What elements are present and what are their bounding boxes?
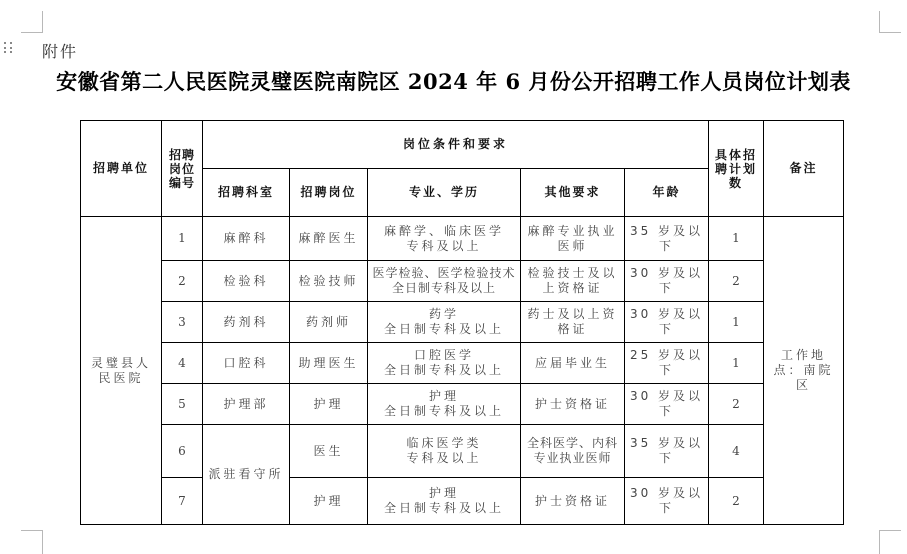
planned-count: 1: [709, 343, 764, 384]
post-code: 5: [162, 384, 203, 425]
age: 30 岁及以下: [625, 302, 709, 343]
header-planned-count: 具体招聘计划数: [709, 121, 764, 217]
position: 助理医生: [290, 343, 368, 384]
other-requirements: 麻醉专业执业医师: [521, 217, 625, 261]
major-education: 医学检验、医学检验技术全日制专科及以上: [368, 261, 521, 302]
header-major-education: 专业、学历: [368, 169, 521, 217]
page-corner-mark-top-left: [21, 11, 43, 33]
age: 35 岁及以下: [625, 425, 709, 478]
other-requirements: 应届毕业生: [521, 343, 625, 384]
planned-count: 4: [709, 425, 764, 478]
position: 护理: [290, 478, 368, 525]
planned-count: 2: [709, 261, 764, 302]
table-row: 7 护理 护理全日制专科及以上 护士资格证 30 岁及以下 2: [81, 478, 844, 525]
major-education: 药学全日制专科及以上: [368, 302, 521, 343]
post-code: 1: [162, 217, 203, 261]
other-requirements: 药士及以上资格证: [521, 302, 625, 343]
position: 检验技师: [290, 261, 368, 302]
age: 35 岁及以下: [625, 217, 709, 261]
table-row: 4 口腔科 助理医生 口腔医学全日制专科及以上 应届毕业生 25 岁及以下 1: [81, 343, 844, 384]
planned-count: 1: [709, 217, 764, 261]
remarks-cell: 工作地点：南院区: [764, 217, 844, 525]
page-corner-mark-bottom-left: [21, 530, 43, 554]
major-education: 护理全日制专科及以上: [368, 384, 521, 425]
post-code: 2: [162, 261, 203, 302]
post-code: 3: [162, 302, 203, 343]
department: 护理部: [203, 384, 290, 425]
department: 派驻看守所: [203, 425, 290, 525]
unit-cell: 灵璧县人民医院: [81, 217, 162, 525]
other-requirements: 护士资格证: [521, 478, 625, 525]
recruitment-plan-table: 招聘单位 招聘岗位编号 岗位条件和要求 具体招聘计划数 备注 招聘科室 招聘岗位…: [80, 120, 844, 525]
department: 口腔科: [203, 343, 290, 384]
header-department: 招聘科室: [203, 169, 290, 217]
document-title: 安徽省第二人民医院灵璧医院南院区 2024 年 6 月份公开招聘工作人员岗位计划…: [0, 66, 907, 96]
age: 30 岁及以下: [625, 261, 709, 302]
major-education: 麻醉学、临床医学专科及以上: [368, 217, 521, 261]
header-post-code: 招聘岗位编号: [162, 121, 203, 217]
age: 25 岁及以下: [625, 343, 709, 384]
age: 30 岁及以下: [625, 384, 709, 425]
header-unit: 招聘单位: [81, 121, 162, 217]
department: 麻醉科: [203, 217, 290, 261]
table-row: 6 派驻看守所 医生 临床医学类专科及以上 全科医学、内科专业执业医师 35 岁…: [81, 425, 844, 478]
position: 麻醉医生: [290, 217, 368, 261]
position: 护理: [290, 384, 368, 425]
attachment-label: 附件: [42, 39, 78, 62]
other-requirements: 检验技士及以上资格证: [521, 261, 625, 302]
paragraph-drag-handle-icon[interactable]: [4, 42, 13, 54]
other-requirements: 全科医学、内科专业执业医师: [521, 425, 625, 478]
header-other-requirements: 其他要求: [521, 169, 625, 217]
post-code: 4: [162, 343, 203, 384]
other-requirements: 护士资格证: [521, 384, 625, 425]
header-age: 年龄: [625, 169, 709, 217]
table-row: 5 护理部 护理 护理全日制专科及以上 护士资格证 30 岁及以下 2: [81, 384, 844, 425]
page-corner-mark-top-right: [879, 11, 901, 33]
position: 药剂师: [290, 302, 368, 343]
department: 药剂科: [203, 302, 290, 343]
planned-count: 2: [709, 384, 764, 425]
header-conditions-group: 岗位条件和要求: [203, 121, 709, 169]
major-education: 护理全日制专科及以上: [368, 478, 521, 525]
department: 检验科: [203, 261, 290, 302]
post-code: 7: [162, 478, 203, 525]
header-remarks: 备注: [764, 121, 844, 217]
table-row: 灵璧县人民医院 1 麻醉科 麻醉医生 麻醉学、临床医学专科及以上 麻醉专业执业医…: [81, 217, 844, 261]
major-education: 临床医学类专科及以上: [368, 425, 521, 478]
table-row: 2 检验科 检验技师 医学检验、医学检验技术全日制专科及以上 检验技士及以上资格…: [81, 261, 844, 302]
page-corner-mark-bottom-right: [879, 530, 901, 554]
post-code: 6: [162, 425, 203, 478]
table-row: 3 药剂科 药剂师 药学全日制专科及以上 药士及以上资格证 30 岁及以下 1: [81, 302, 844, 343]
position: 医生: [290, 425, 368, 478]
planned-count: 1: [709, 302, 764, 343]
header-position: 招聘岗位: [290, 169, 368, 217]
planned-count: 2: [709, 478, 764, 525]
major-education: 口腔医学全日制专科及以上: [368, 343, 521, 384]
age: 30 岁及以下: [625, 478, 709, 525]
